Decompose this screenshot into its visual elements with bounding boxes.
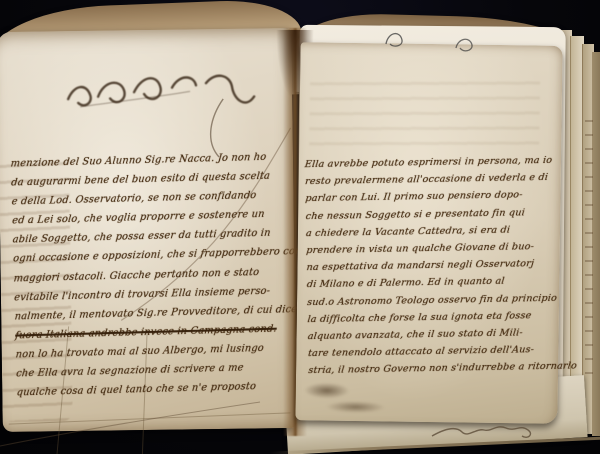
left-page-text: menzione del Suo Alunno Sig.re Nacca. Jo…: [10, 147, 294, 402]
right-page-text: Ella avrebbe potuto esprimersi in person…: [305, 152, 559, 380]
handwriting-line: stria, il nostro Governo non s'indurrebb…: [307, 358, 559, 380]
fore-edge-ink-specks: [585, 120, 593, 380]
ink-smudge: [325, 401, 385, 414]
right-page-letter: Ella avrebbe potuto esprimersi in person…: [295, 42, 562, 424]
left-page: menzione del Suo Alunno Sig.re Nacca. Jo…: [0, 28, 297, 432]
photo-backdrop: menzione del Suo Alunno Sig.re Nacca. Jo…: [0, 0, 600, 454]
ink-smudge: [304, 382, 350, 399]
ink-bleedthrough-top: [309, 70, 540, 153]
fore-edge-page-4: [592, 52, 600, 436]
